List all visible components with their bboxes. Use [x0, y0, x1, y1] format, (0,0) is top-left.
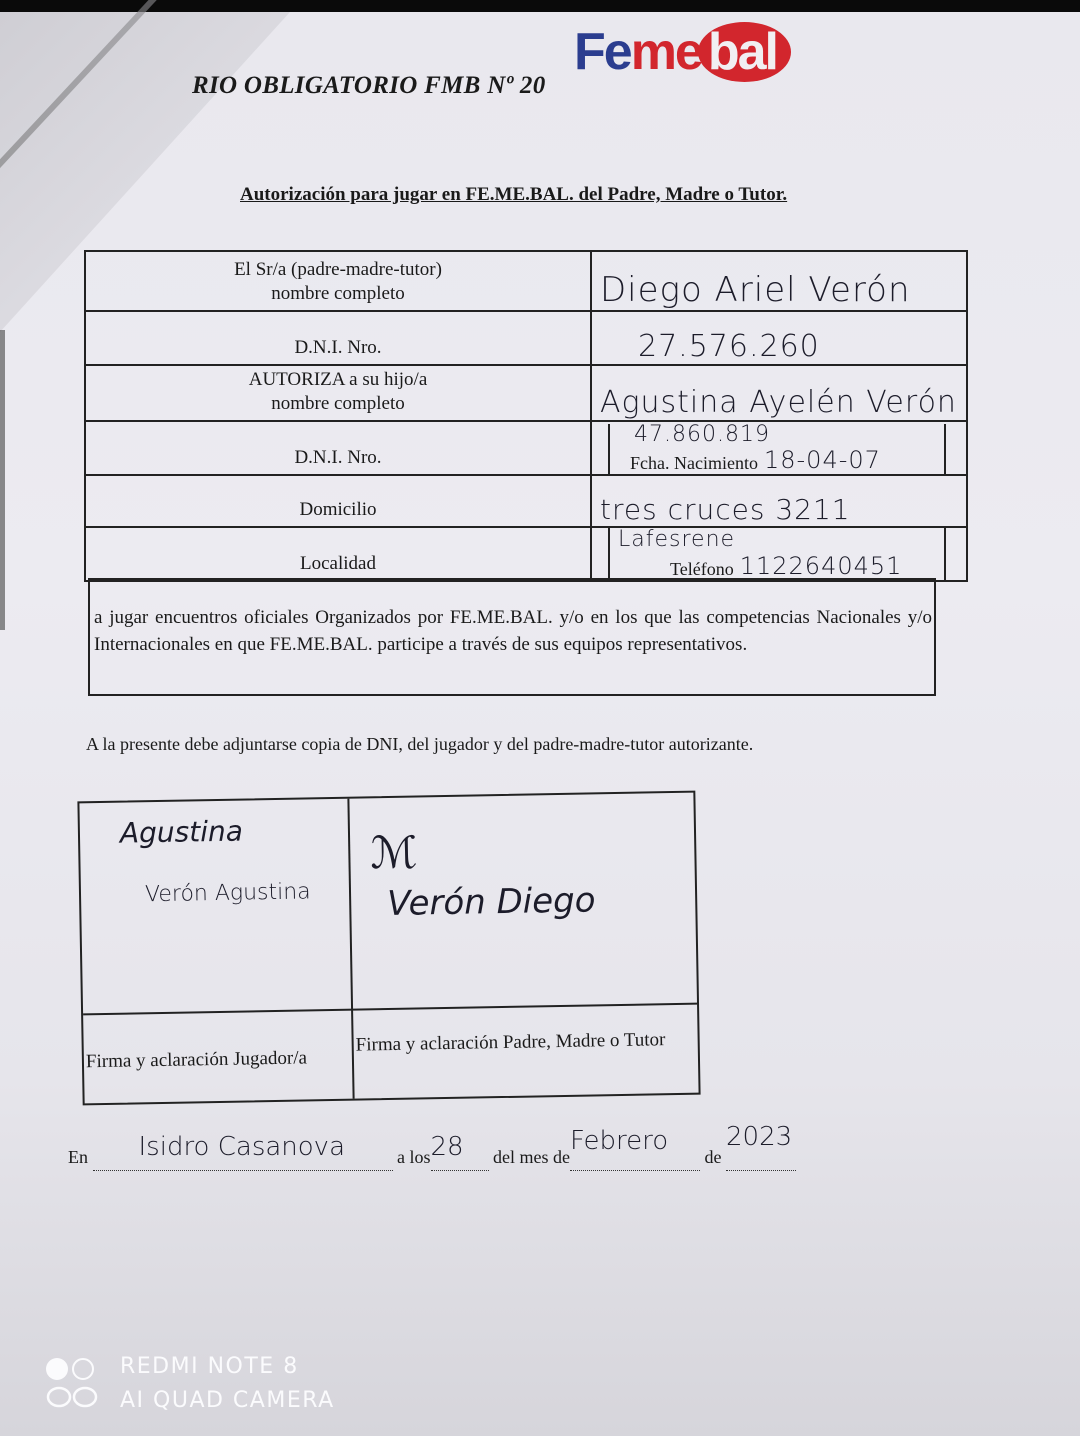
player-signature-caption: Firma y aclaración Jugador/a [86, 1047, 307, 1073]
row-address: Domicilio tres cruces 3211 [85, 475, 967, 527]
player-signature[interactable]: Agustina [120, 815, 243, 850]
year-de-label: de [704, 1147, 721, 1167]
signature-divider-horizontal [83, 1003, 697, 1016]
camera-watermark: REDMI NOTE 8 AI QUAD CAMERA [46, 1350, 335, 1418]
child-label-line2: nombre completo [86, 392, 590, 416]
row-child-dni: D.N.I. Nro. 47.860.819 Fcha. Nacimiento … [85, 421, 967, 475]
phone-value[interactable]: 1122640451 [734, 552, 903, 580]
locality-field[interactable]: Lafesrene Teléfono 1122640451 [591, 527, 967, 581]
address-value: tres cruces 3211 [592, 493, 966, 526]
row-child-name: AUTORIZA a su hijo/a nombre completo Agu… [85, 365, 967, 421]
femebal-logo: Femebal [574, 22, 844, 92]
guardian-signature-scribble[interactable]: ℳ [370, 827, 418, 879]
child-name-field[interactable]: Agustina Ayelén Verón [591, 365, 967, 421]
year-value: 2023 [726, 1122, 792, 1152]
guardian-dni-field[interactable]: 27.576.260 [591, 311, 967, 365]
player-clarification: Verón Agustina [145, 879, 311, 907]
day-value: 28 [431, 1132, 464, 1162]
quad-camera-icon [46, 1356, 102, 1412]
address-label: Domicilio [85, 475, 591, 527]
child-dni-birth-box: 47.860.819 Fcha. Nacimiento 18-04-07 [608, 424, 946, 474]
phone-row: Teléfono 1122640451 [610, 552, 944, 580]
child-dni-field[interactable]: 47.860.819 Fcha. Nacimiento 18-04-07 [591, 421, 967, 475]
year-field[interactable]: 2023 [726, 1140, 796, 1171]
child-name-value: Agustina Ayelén Verón [592, 385, 966, 420]
address-field[interactable]: tres cruces 3211 [591, 475, 967, 527]
month-value: Febrero [570, 1126, 668, 1156]
row-guardian-dni: D.N.I. Nro. 27.576.260 [85, 311, 967, 365]
attachment-note: A la presente debe adjuntarse copia de D… [86, 734, 753, 755]
signature-box: Agustina Verón Agustina ℳ Verón Diego Fi… [77, 791, 700, 1106]
month-field[interactable]: Febrero [570, 1140, 700, 1171]
guardian-clarification: Verón Diego [387, 880, 596, 924]
birth-date-label: Fcha. Nacimiento [630, 453, 758, 474]
locality-label: Localidad [85, 527, 591, 581]
authorization-text: a jugar encuentros oficiales Organizados… [88, 578, 936, 696]
guardian-label-line1: El Sr/a (padre-madre-tutor) [86, 258, 590, 282]
child-dni-label: D.N.I. Nro. [85, 421, 591, 475]
authorization-form-table: El Sr/a (padre-madre-tutor) nombre compl… [84, 250, 968, 582]
left-edge-strip [0, 330, 5, 630]
place-and-date-line: En Isidro Casanova a los28 del mes deFeb… [68, 1140, 796, 1171]
birth-date-value[interactable]: 18-04-07 [758, 446, 881, 474]
birth-date-row: Fcha. Nacimiento 18-04-07 [610, 446, 944, 474]
day-field[interactable]: 28 [431, 1140, 489, 1171]
row-guardian-name: El Sr/a (padre-madre-tutor) nombre compl… [85, 251, 967, 311]
en-label: En [68, 1147, 88, 1167]
top-black-bar [0, 0, 1080, 12]
guardian-name-value: Diego Ariel Verón [592, 270, 966, 310]
guardian-dni-value: 27.576.260 [592, 329, 966, 364]
logo-bal: bal [708, 23, 777, 81]
guardian-dni-label: D.N.I. Nro. [85, 311, 591, 365]
logo-me: me [631, 23, 702, 81]
form-title: RIO OBLIGATORIO FMB Nº 20 [192, 72, 546, 100]
child-dni-value: 47.860.819 [610, 424, 944, 446]
place-value: Isidro Casanova [139, 1132, 346, 1162]
month-label: del mes de [493, 1147, 570, 1167]
paper-sheet [0, 12, 1080, 1436]
phone-label: Teléfono [670, 559, 734, 580]
guardian-signature-caption: Firma y aclaración Padre, Madre o Tutor [356, 1029, 666, 1056]
locality-value: Lafesrene [610, 528, 944, 552]
signature-divider-vertical [347, 799, 354, 1099]
logo-bal-badge: bal [698, 22, 791, 82]
child-label-line1: AUTORIZA a su hijo/a [86, 368, 590, 392]
watermark-device: REDMI NOTE 8 [120, 1350, 335, 1384]
logo-fe: Fe [574, 23, 631, 81]
child-name-label: AUTORIZA a su hijo/a nombre completo [85, 365, 591, 421]
row-locality: Localidad Lafesrene Teléfono 1122640451 [85, 527, 967, 581]
watermark-camera: AI QUAD CAMERA [120, 1384, 335, 1418]
guardian-name-label: El Sr/a (padre-madre-tutor) nombre compl… [85, 251, 591, 311]
document-subtitle: Autorización para jugar en FE.ME.BAL. de… [240, 184, 787, 206]
guardian-label-line2: nombre completo [86, 282, 590, 306]
a-los-label: a los [397, 1147, 431, 1167]
place-field[interactable]: Isidro Casanova [93, 1140, 393, 1171]
locality-phone-box: Lafesrene Teléfono 1122640451 [608, 528, 946, 580]
guardian-name-field[interactable]: Diego Ariel Verón [591, 251, 967, 311]
